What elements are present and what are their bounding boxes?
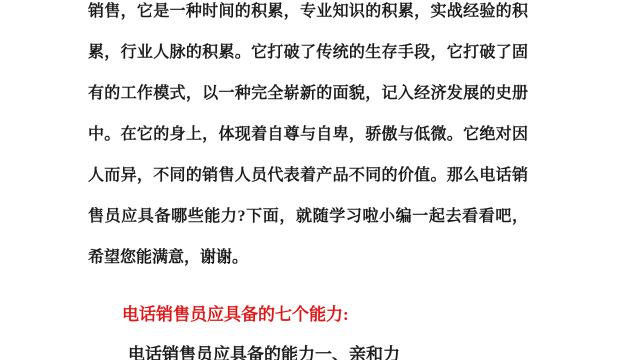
subsection-heading: 电话销售员应具备的能力一、亲和力: [128, 343, 400, 360]
paragraph-line: 销售，它是一种时间的积累，专业知识的积累，实战经验的积: [88, 0, 528, 32]
paragraph-line: 希望您能满意，谢谢。: [88, 237, 528, 278]
section-heading: 电话销售员应具备的七个能力:: [122, 303, 349, 327]
paragraph-line: 售员应具备哪些能力?下面，就随学习啦小编一起去看看吧，: [88, 196, 528, 237]
body-paragraph: 销售，它是一种时间的积累，专业知识的积累，实战经验的积 累，行业人脉的积累。它打…: [88, 0, 528, 278]
paragraph-line: 有的工作模式，以一种完全崭新的面貌，记入经济发展的史册: [88, 73, 528, 114]
paragraph-line: 累，行业人脉的积累。它打破了传统的生存手段，它打破了固: [88, 32, 528, 73]
paragraph-line: 人而异，不同的销售人员代表着产品不同的价值。那么电话销: [88, 155, 528, 196]
document-page: 销售，它是一种时间的积累，专业知识的积累，实战经验的积 累，行业人脉的积累。它打…: [0, 0, 640, 360]
paragraph-line: 中。在它的身上，体现着自尊与自卑，骄傲与低微。它绝对因: [88, 114, 528, 155]
